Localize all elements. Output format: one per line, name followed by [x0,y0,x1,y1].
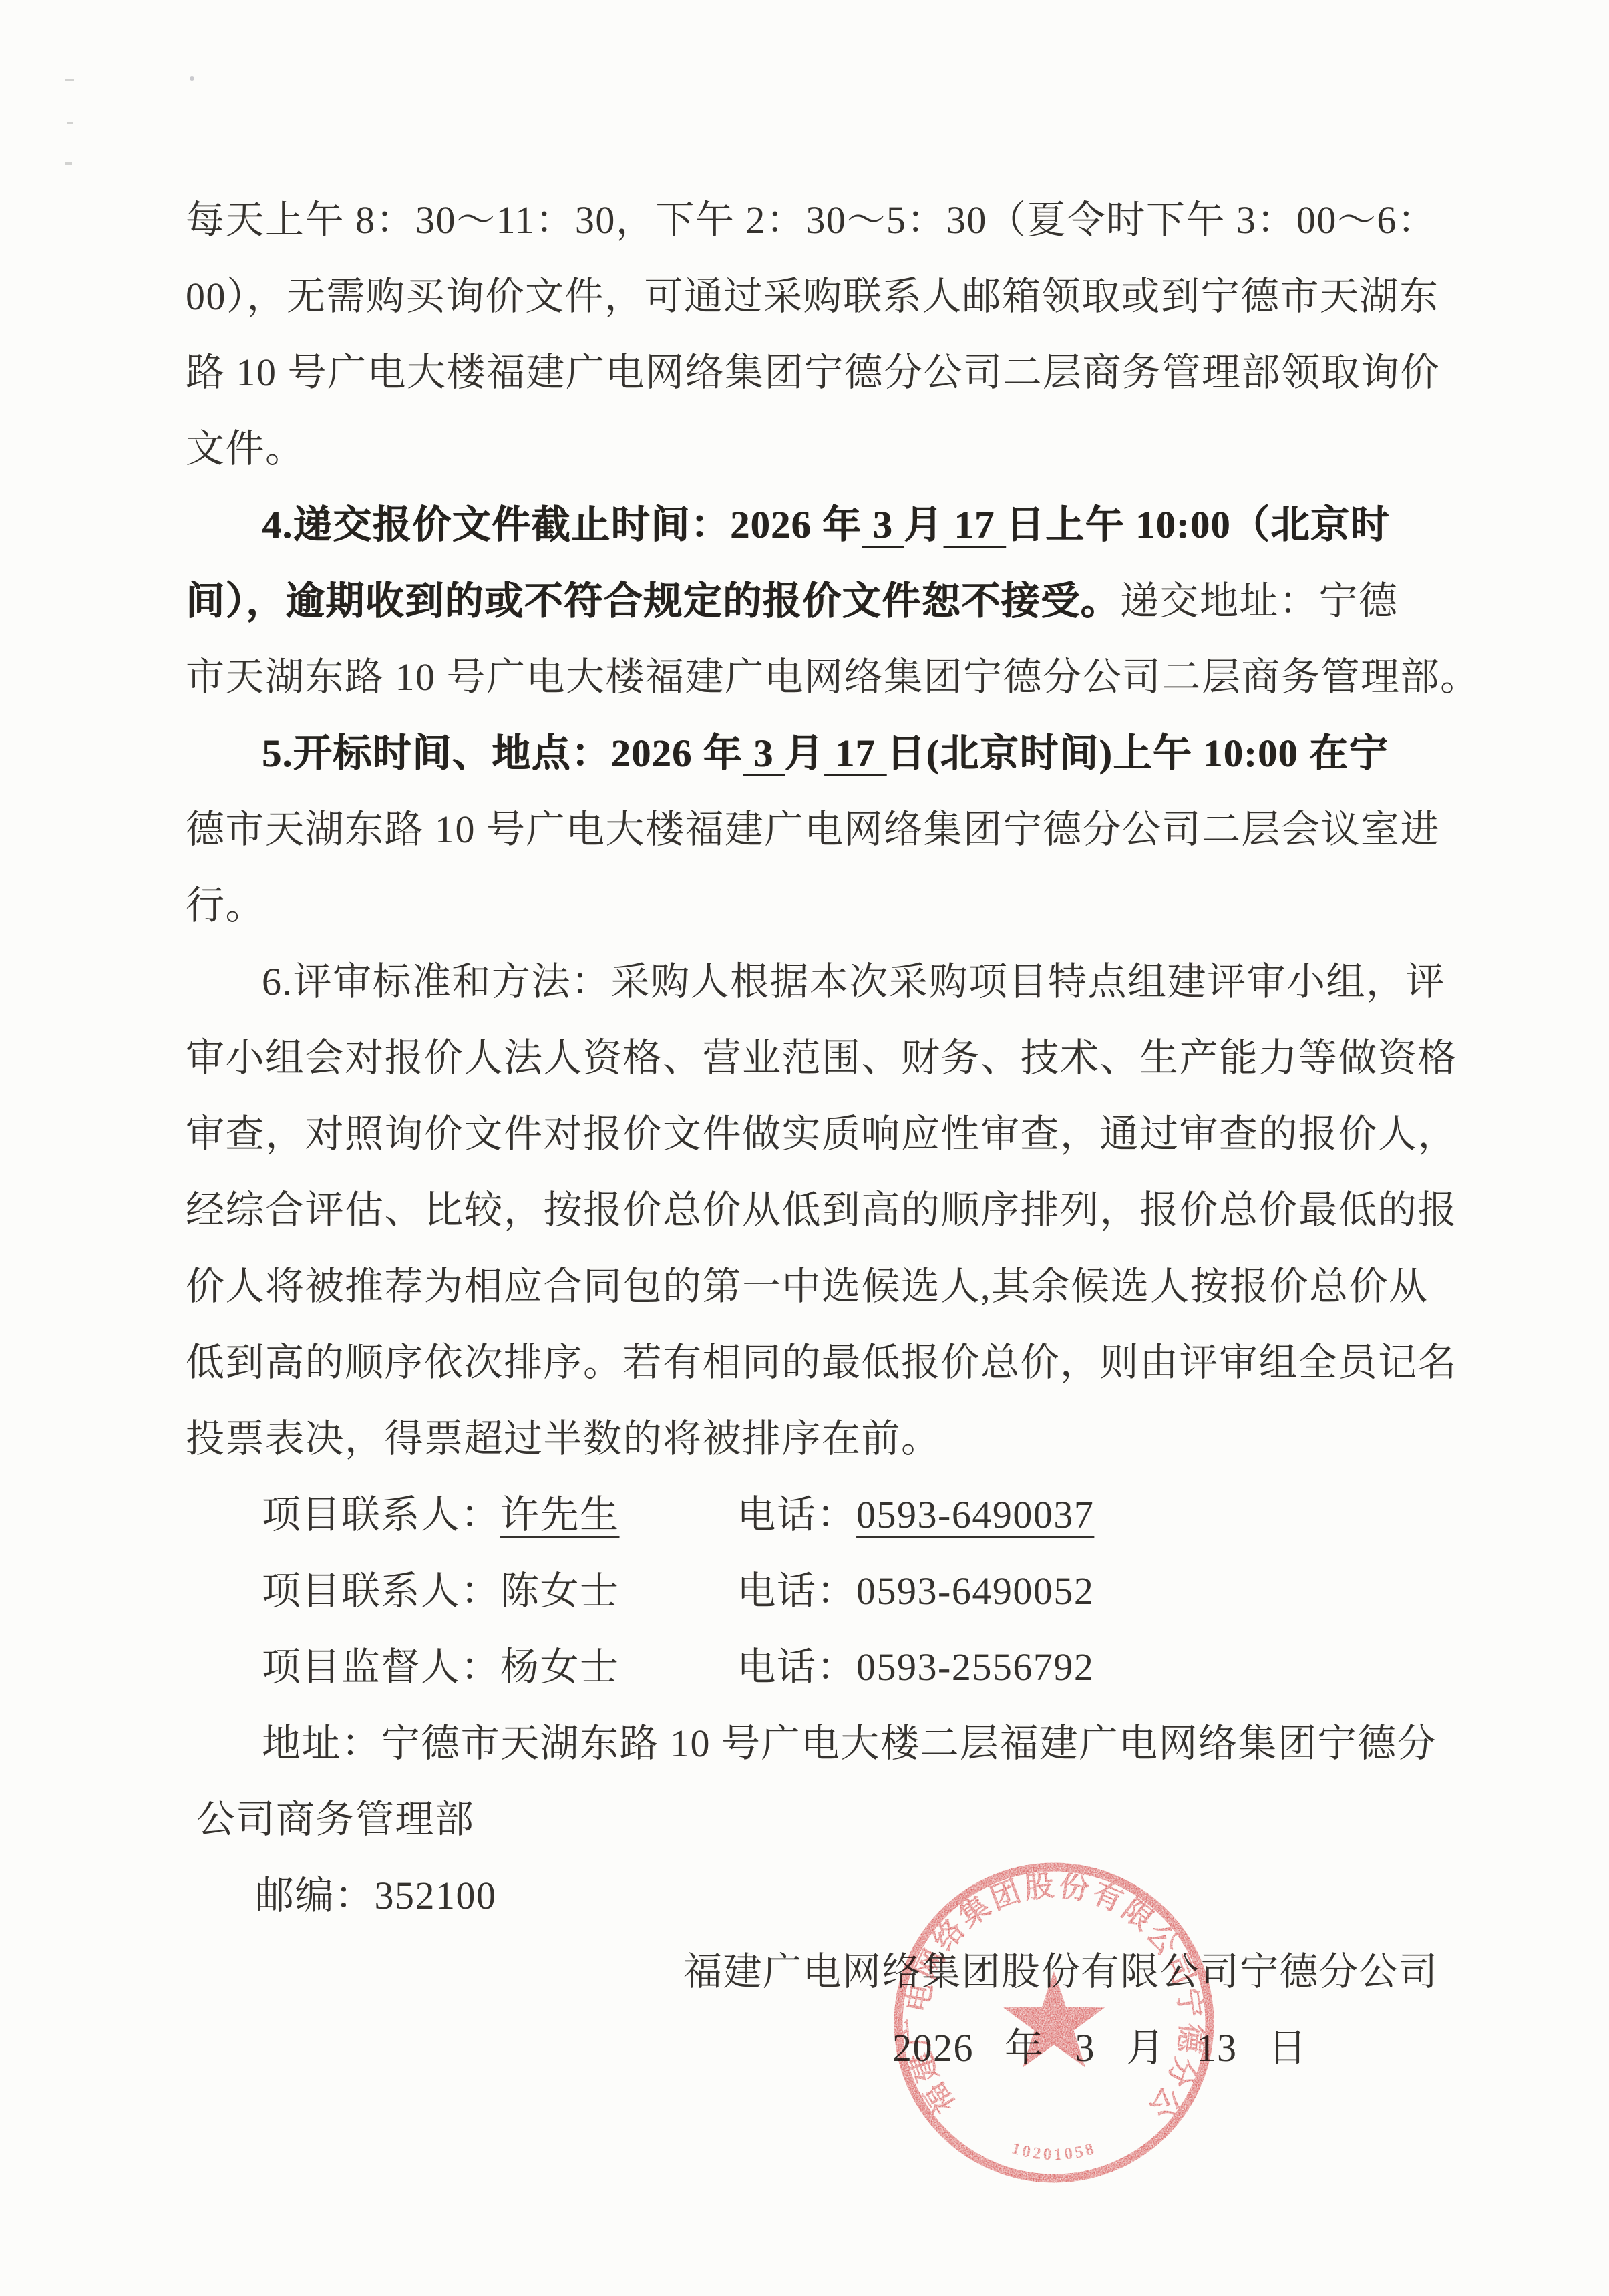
text-segment: 月 [904,503,944,546]
text-segment: 投票表决，得票超过半数的将被排序在前。 [186,1417,941,1460]
text-segment: 00），无需购买询价文件，可通过采购联系人邮箱领取或到宁德市天湖东 [186,275,1439,318]
text-segment: 经综合评估、比较，按报价总价从低到高的顺序排列，报价总价最低的报 [186,1188,1457,1232]
signature-date: 2026 年 3 月 13 日 [186,2010,1441,2086]
address-line: 公司商务管理部 [186,1782,1441,1858]
seal-company-text: 福建广电网络集团股份有限公司宁德分公司 [880,1849,1208,2125]
svg-text:福建广电网络集团股份有限公司宁德分公司: 福建广电网络集团股份有限公司宁德分公司 [880,1849,1208,2125]
star-icon [1003,1971,1105,2068]
text-segment: 5.开标时间、地点：2026 年 [262,731,743,775]
text-segment: 6.评审标准和方法：采购人根据本次采购项目特点组建评审小组，评 [262,960,1445,1003]
document-line: 路 10 号广电大楼福建广电网络集团宁德分公司二层商务管理部领取询价 [186,335,1441,411]
document-line: 审小组会对报价人法人资格、营业范围、财务、技术、生产能力等做资格 [186,1020,1441,1096]
role-label: 项目监督人： [262,1645,500,1689]
document-line: 审查，对照询价文件对报价文件做实质响应性审查，通过审查的报价人， [186,1096,1441,1172]
phone-number: 0593-6490052 [856,1569,1094,1613]
document-line: 低到高的顺序依次排序。若有相同的最低报价总价，则由评审组全员记名 [186,1325,1441,1401]
document-line: 5.开标时间、地点：2026 年 3 月 17 日(北京时间)上午 10:00 … [186,715,1441,792]
text-segment: 地址：宁德市天湖东路 10 号广电大楼二层福建广电网络集团宁德分 [262,1721,1437,1765]
document-line: 每天上午 8：30～11：30，下午 2：30～5：30（夏令时下午 3：00～… [186,182,1441,259]
phone-number: 0593-2556792 [856,1645,1094,1689]
text-segment: 递交地址：宁德 [1120,579,1399,623]
document-page: 每天上午 8：30～11：30，下午 2：30～5：30（夏令时下午 3：00～… [0,0,1609,2296]
text-segment: 路 10 号广电大楼福建广电网络集团宁德分公司二层商务管理部领取询价 [186,351,1440,394]
text-segment: 审小组会对报价人法人资格、营业范围、财务、技术、生产能力等做资格 [186,1036,1457,1080]
contact-row: 项目联系人：陈女士电话：0593-6490052 [186,1553,1441,1629]
document-line: 价人将被推荐为相应合同包的第一中选候选人,其余候选人按报价总价从 [186,1249,1441,1325]
text-segment: 日(北京时间)上午 10:00 在宁 [886,731,1389,775]
text-segment: 低到高的顺序依次排序。若有相同的最低报价总价，则由评审组全员记名 [186,1341,1457,1384]
scan-artifact [65,162,72,165]
document-line: 投票表决，得票超过半数的将被排序在前。 [186,1401,1441,1477]
contact-row: 项目联系人：许先生电话：0593-6490037 [186,1477,1441,1553]
document-line: 行。 [186,868,1441,944]
document-line: 市天湖东路 10 号广电大楼福建广电网络集团宁德分公司二层商务管理部。 [186,639,1441,715]
company-seal-stamp: 福建广电网络集团股份有限公司宁德分公司 10201058 [880,1849,1228,2196]
text-segment: 3 [743,731,785,775]
contact-name: 陈女士 [500,1569,620,1613]
text-segment: 17 [944,503,1006,546]
column-gap [620,1527,737,1528]
text-segment: 市天湖东路 10 号广电大楼福建广电网络集团宁德分公司二层商务管理部。 [186,655,1480,699]
text-segment: 审查，对照询价文件对报价文件做实质响应性审查，通过审查的报价人， [186,1112,1457,1156]
text-segment: 德市天湖东路 10 号广电大楼福建广电网络集团宁德分公司二层会议室进 [186,808,1440,851]
text-segment: 文件。 [186,427,305,470]
contact-name: 杨女士 [500,1645,620,1689]
text-segment: 价人将被推荐为相应合同包的第一中选候选人,其余候选人按报价总价从 [186,1265,1429,1308]
scan-artifact [65,79,74,81]
svg-text:10201058: 10201058 [1009,2140,1098,2164]
phone-number: 0593-6490037 [856,1493,1094,1536]
document-line: 德市天湖东路 10 号广电大楼福建广电网络集团宁德分公司二层会议室进 [186,792,1441,868]
text-segment: 每天上午 8：30～11：30，下午 2：30～5：30（夏令时下午 3：00～… [186,198,1437,242]
document-line: 文件。 [186,411,1441,487]
contact-row: 项目监督人：杨女士电话：0593-2556792 [186,1629,1441,1705]
document-line: 00），无需购买询价文件，可通过采购联系人邮箱领取或到宁德市天湖东 [186,259,1441,335]
role-label: 项目联系人： [262,1493,500,1536]
text-segment: 日上午 10:00（北京时 [1006,503,1390,546]
company-signature: 福建广电网络集团股份有限公司宁德分公司 [186,1934,1441,2010]
contact-name: 许先生 [500,1493,620,1536]
text-segment: 4.递交报价文件截止时间：2026 年 [262,503,862,546]
phone-label: 电话： [737,1569,857,1613]
document-line: 间），逾期收到的或不符合规定的报价文件恕不接受。递交地址：宁德 [186,563,1441,639]
document-body: 每天上午 8：30～11：30，下午 2：30～5：30（夏令时下午 3：00～… [186,182,1441,2086]
seal-serial-number: 10201058 [1009,2140,1098,2164]
column-gap [620,1603,737,1604]
text-segment: 17 [824,731,886,775]
document-line: 经综合评估、比较，按报价总价从低到高的顺序排列，报价总价最低的报 [186,1172,1441,1249]
scan-artifact [67,122,73,124]
postcode-line: 邮编：352100 [186,1858,1441,1934]
document-line: 6.评审标准和方法：采购人根据本次采购项目特点组建评审小组，评 [186,944,1441,1020]
role-label: 项目联系人： [262,1569,500,1613]
text-segment: 3 [862,503,904,546]
text-segment: 月 [785,731,825,775]
text-segment: 间），逾期收到的或不符合规定的报价文件恕不接受。 [186,579,1120,623]
column-gap [620,1679,737,1680]
phone-label: 电话： [737,1493,857,1536]
address-line: 地址：宁德市天湖东路 10 号广电大楼二层福建广电网络集团宁德分 [186,1705,1441,1782]
text-segment: 邮编：352100 [255,1874,497,1917]
scan-speck [190,76,194,81]
text-segment: 公司商务管理部 [196,1798,475,1841]
text-segment: 行。 [186,884,265,927]
document-line: 4.递交报价文件截止时间：2026 年 3 月 17 日上午 10:00（北京时 [186,487,1441,563]
phone-label: 电话： [737,1645,857,1689]
